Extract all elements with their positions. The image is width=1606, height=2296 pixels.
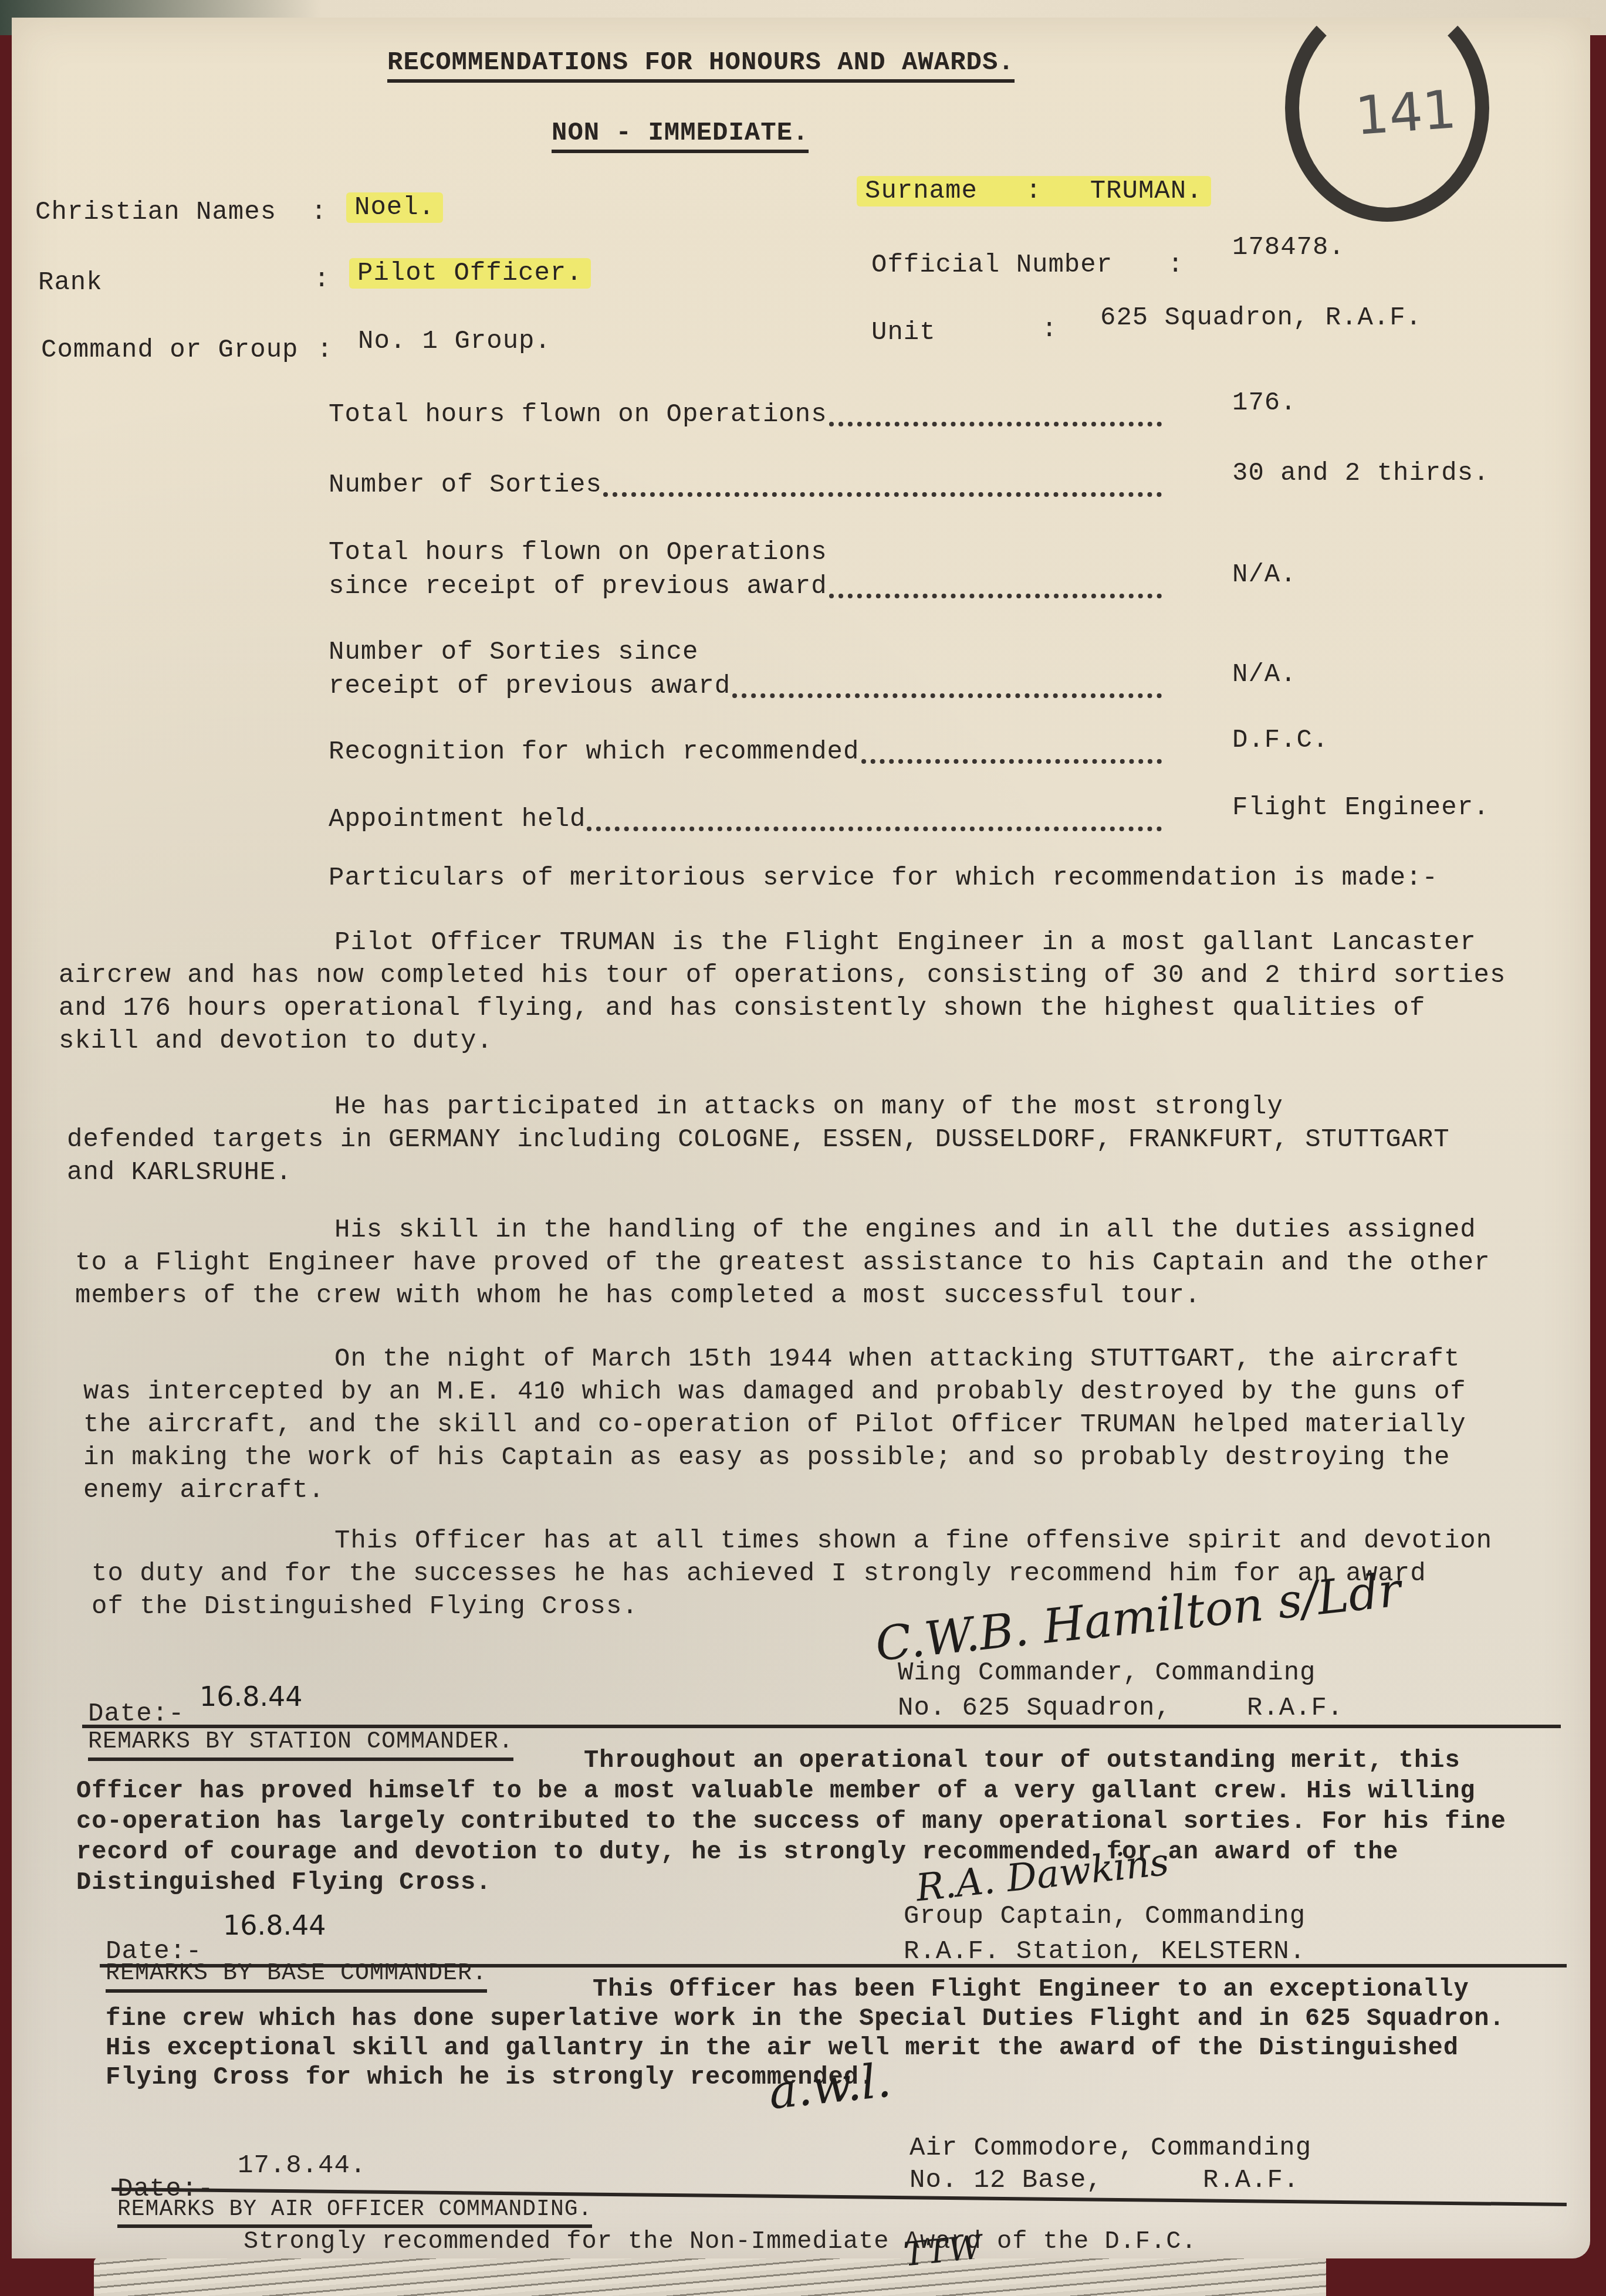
service-field-value: N/A. <box>1232 662 1297 688</box>
aoc-heading: REMARKS BY AIR OFFICER COMMANDING. <box>117 2199 592 2228</box>
base-commander-title: Air Commodore, Commanding <box>909 2135 1311 2161</box>
christian-names-value: Noel. <box>346 192 443 223</box>
dot-leader <box>603 492 1162 497</box>
service-field-value: N/A. <box>1232 562 1297 588</box>
surname-field: Surname : TRUMAN. <box>857 176 1211 206</box>
citation-line: and 176 hours operational flying, and ha… <box>59 995 1425 1021</box>
citation-line: was intercepted by an M.E. 410 which was… <box>83 1379 1466 1405</box>
remarks-line: This Officer has been Flight Engineer to… <box>593 1977 1469 2002</box>
dot-leader <box>587 827 1162 831</box>
citation-line: of the Distinguished Flying Cross. <box>92 1594 638 1620</box>
section-divider <box>82 1725 1561 1728</box>
dot-leader <box>861 759 1162 764</box>
unit-value: 625 Squadron, R.A.F. <box>1100 305 1422 331</box>
station-date: 16.8.44 <box>223 1909 326 1941</box>
official-number-label: Official Number <box>871 252 1113 278</box>
citation-line: This Officer has at all times shown a fi… <box>334 1528 1492 1554</box>
command-label: Command or Group <box>41 337 298 363</box>
citation-line: skill and devotion to duty. <box>59 1028 493 1054</box>
service-field-label: Recognition for which recommended <box>329 739 859 765</box>
dot-leader <box>829 594 1162 598</box>
citation-line: His skill in the handling of the engines… <box>334 1217 1476 1243</box>
dot-leader <box>829 422 1162 426</box>
rank-value: Pilot Officer. <box>349 258 591 289</box>
document-page: 141 RECOMMENDATIONS FOR HONOURS AND AWAR… <box>12 18 1590 2258</box>
station-commander-heading: REMARKS BY STATION COMMANDER. <box>88 1731 513 1761</box>
document-title: RECOMMENDATIONS FOR HONOURS AND AWARDS. <box>387 50 1015 83</box>
aoc-remarks: Strongly recommended for the Non-Immedia… <box>244 2229 1197 2254</box>
remarks-line: record of courage and devotion to duty, … <box>76 1840 1399 1864</box>
squadron-commander-service: R.A.F. <box>1247 1695 1343 1721</box>
remarks-line: Distinguished Flying Cross. <box>76 1870 492 1895</box>
citation-line: enemy aircraft. <box>83 1478 324 1503</box>
squadron-commander-title: Wing Commander, Commanding <box>898 1660 1316 1686</box>
base-commander-unit: No. 12 Base, <box>909 2168 1103 2193</box>
citation-line: He has participated in attacks on many o… <box>334 1094 1283 1120</box>
service-field-label: receipt of previous award <box>329 673 731 699</box>
station-commander-unit: R.A.F. Station, KELSTERN. <box>904 1939 1306 1965</box>
unit-label: Unit <box>871 320 936 346</box>
rank-label: Rank <box>38 270 103 296</box>
service-field-value: 176. <box>1232 390 1297 416</box>
citation-line: in making the work of his Captain as eas… <box>83 1445 1450 1471</box>
citation-line: defended targets in GERMANY including CO… <box>67 1127 1450 1153</box>
separator: : <box>311 199 327 225</box>
squadron-commander-unit: No. 625 Squadron, <box>898 1695 1171 1721</box>
service-field-value: 30 and 2 thirds. <box>1232 460 1489 486</box>
squadron-date-label: Date:- <box>88 1701 184 1727</box>
base-commander-service: R.A.F. <box>1203 2168 1299 2193</box>
service-field-value: D.F.C. <box>1232 727 1328 753</box>
service-field-label: Number of Sorties since <box>329 639 698 665</box>
service-field-label: Total hours flown on Operations <box>329 540 827 565</box>
station-commander-title: Group Captain, Commanding <box>904 1904 1306 1929</box>
remarks-line: Flying Cross for which he is strongly re… <box>106 2065 874 2090</box>
command-value: No. 1 Group. <box>358 329 551 354</box>
christian-names-label: Christian Names <box>35 199 276 225</box>
surname-value: TRUMAN. <box>1090 177 1203 206</box>
citation-line: members of the crew with whom he has com… <box>75 1283 1201 1309</box>
remarks-line: fine crew which has done superlative wor… <box>106 2006 1505 2031</box>
surname-label: Surname <box>865 177 978 206</box>
squadron-date: 16.8.44 <box>200 1681 303 1712</box>
remarks-line: Throughout an operational tour of outsta… <box>584 1748 1460 1773</box>
document-subtitle: NON - IMMEDIATE. <box>552 120 809 153</box>
citation-line: aircrew and has now completed his tour o… <box>59 963 1506 988</box>
citation-line: On the night of March 15th 1944 when att… <box>334 1346 1460 1372</box>
dot-leader <box>732 693 1162 698</box>
base-date: 17.8.44. <box>238 2153 366 2179</box>
aoc-initials: TTW <box>902 2228 983 2274</box>
service-field-label: Total hours flown on Operations <box>329 402 827 428</box>
citation-line: to a Flight Engineer have proved of the … <box>75 1250 1490 1276</box>
remarks-line: His exceptional skill and gallantry in t… <box>106 2036 1459 2060</box>
citation-line: the aircraft, and the skill and co-opera… <box>83 1412 1466 1438</box>
citation-line: and KARLSRUHE. <box>67 1160 292 1186</box>
service-field-value: Flight Engineer. <box>1232 795 1489 821</box>
official-number-value: 178478. <box>1232 235 1345 260</box>
remarks-line: co-operation has largely contributed to … <box>76 1809 1506 1834</box>
service-field-label: since receipt of previous award <box>329 574 827 600</box>
remarks-line: Officer has proved himself to be a most … <box>76 1779 1476 1803</box>
particulars-heading: Particulars of meritorious service for w… <box>329 865 1438 891</box>
file-number: 141 <box>1354 79 1459 147</box>
service-field-label: Number of Sorties <box>329 472 602 498</box>
base-commander-heading: REMARKS BY BASE COMMANDER. <box>106 1962 487 1993</box>
service-field-label: Appointment held <box>329 807 586 832</box>
citation-line: Pilot Officer TRUMAN is the Flight Engin… <box>334 930 1476 956</box>
